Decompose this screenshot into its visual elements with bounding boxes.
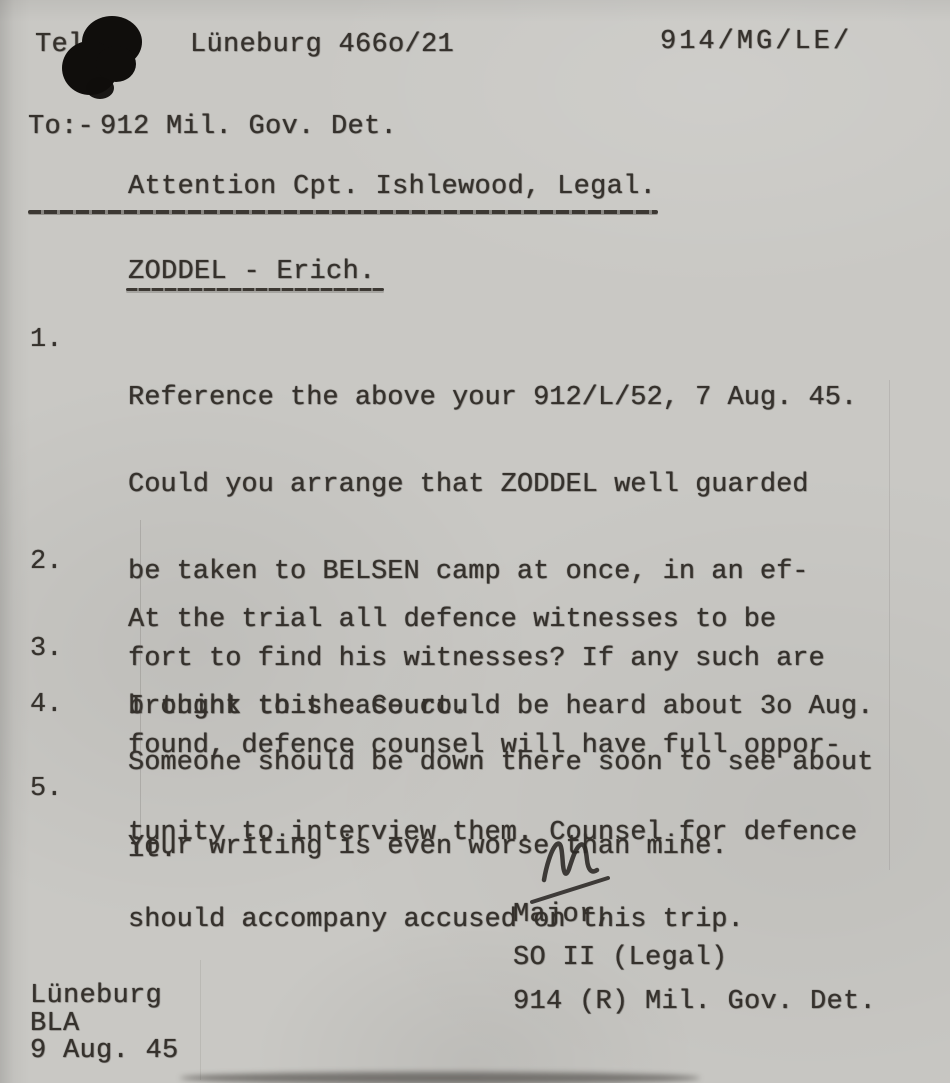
paper-crease	[140, 520, 141, 840]
text-line: Someone should be down there soon to see…	[128, 749, 873, 778]
header-divider	[28, 210, 658, 214]
document-scan: Tele:- Lüneburg 466o/21 914/MG/LE/ To:- …	[0, 0, 950, 1083]
signature-appointment: SO II (Legal)	[513, 944, 728, 973]
paragraph-text: Your writing is even worse than mine.	[128, 775, 728, 920]
signature-unit: 914 (R) Mil. Gov. Det.	[513, 988, 876, 1017]
paper-crease	[889, 380, 890, 870]
paragraph-number: 5.	[30, 775, 62, 804]
ink-blot-icon	[50, 14, 156, 102]
dateline-formation: BLA	[30, 1010, 80, 1039]
paragraph-number: 4.	[30, 691, 62, 720]
dateline-date: 9 Aug. 45	[30, 1037, 179, 1066]
paragraph-number: 1.	[30, 326, 62, 355]
scan-edge-smudge	[180, 1072, 700, 1083]
attention-line: Attention Cpt. Ishlewood, Legal.	[128, 173, 656, 202]
text-line: At the trial all defence witnesses to be	[128, 606, 776, 635]
paragraph-number: 3.	[30, 635, 62, 664]
text-line: Your writing is even worse than mine.	[128, 833, 728, 862]
subject-underline	[126, 288, 384, 291]
dateline-place: Lüneburg	[30, 982, 162, 1011]
subject-heading: ZODDEL - Erich.	[128, 258, 376, 287]
paper-crease	[200, 960, 201, 1080]
to-label: To:-	[28, 113, 94, 142]
text-line: Reference the above your 912/L/52, 7 Aug…	[128, 384, 857, 413]
reference-number: 914/MG/LE/	[660, 28, 852, 57]
paragraph-number: 2.	[30, 548, 62, 577]
signature-rank: Major,	[513, 901, 612, 930]
to-value: 912 Mil. Gov. Det.	[100, 113, 397, 142]
tel-value: Lüneburg 466o/21	[190, 31, 454, 60]
text-line: Could you arrange that ZODDEL well guard…	[128, 471, 857, 500]
